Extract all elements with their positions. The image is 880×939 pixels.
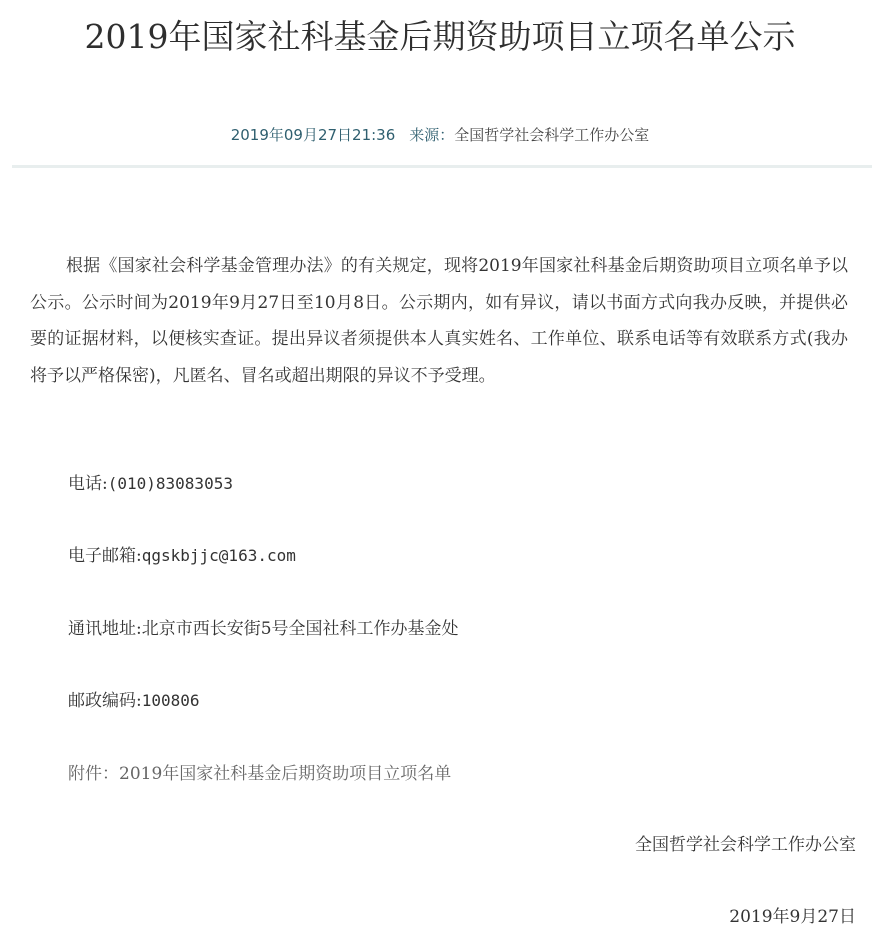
contact-postcode: 邮政编码:100806	[68, 689, 200, 713]
address-value: 北京市西长安街5号全国社科工作办基金处	[142, 619, 459, 639]
source-label: 来源：	[409, 126, 454, 144]
source-value: 全国哲学社会科学工作办公室	[454, 126, 649, 144]
attachment-label: 附件：	[68, 764, 119, 784]
email-value[interactable]: qgskbjjc@163.com	[142, 546, 296, 565]
phone-value: (010)83083053	[108, 474, 233, 493]
body-paragraph: 根据《国家社会科学基金管理办法》的有关规定，现将2019年国家社科基金后期资助项…	[30, 248, 848, 394]
attachment-link[interactable]: 2019年国家社科基金后期资助项目立项名单	[119, 764, 451, 784]
address-label: 通讯地址:	[68, 619, 142, 639]
email-label: 电子邮箱:	[68, 546, 142, 566]
signature-date: 2019年9月27日	[729, 905, 856, 929]
phone-label: 电话:	[68, 474, 108, 494]
signature-organization: 全国哲学社会科学工作办公室	[635, 833, 856, 857]
header-divider	[12, 165, 872, 168]
article-meta: 2019年09月27日21:36来源：全国哲学社会科学工作办公室	[0, 124, 880, 146]
attachment: 附件：2019年国家社科基金后期资助项目立项名单	[68, 762, 451, 786]
publish-datetime: 2019年09月27日21:36	[231, 126, 396, 144]
page-title: 2019年国家社科基金后期资助项目立项名单公示	[0, 14, 880, 60]
postcode-label: 邮政编码:	[68, 691, 142, 711]
postcode-value: 100806	[142, 691, 200, 710]
article-body: 根据《国家社会科学基金管理办法》的有关规定，现将2019年国家社科基金后期资助项…	[30, 248, 848, 394]
contact-phone: 电话:(010)83083053	[68, 472, 233, 496]
contact-address: 通讯地址:北京市西长安街5号全国社科工作办基金处	[68, 617, 459, 641]
contact-email: 电子邮箱:qgskbjjc@163.com	[68, 544, 296, 568]
